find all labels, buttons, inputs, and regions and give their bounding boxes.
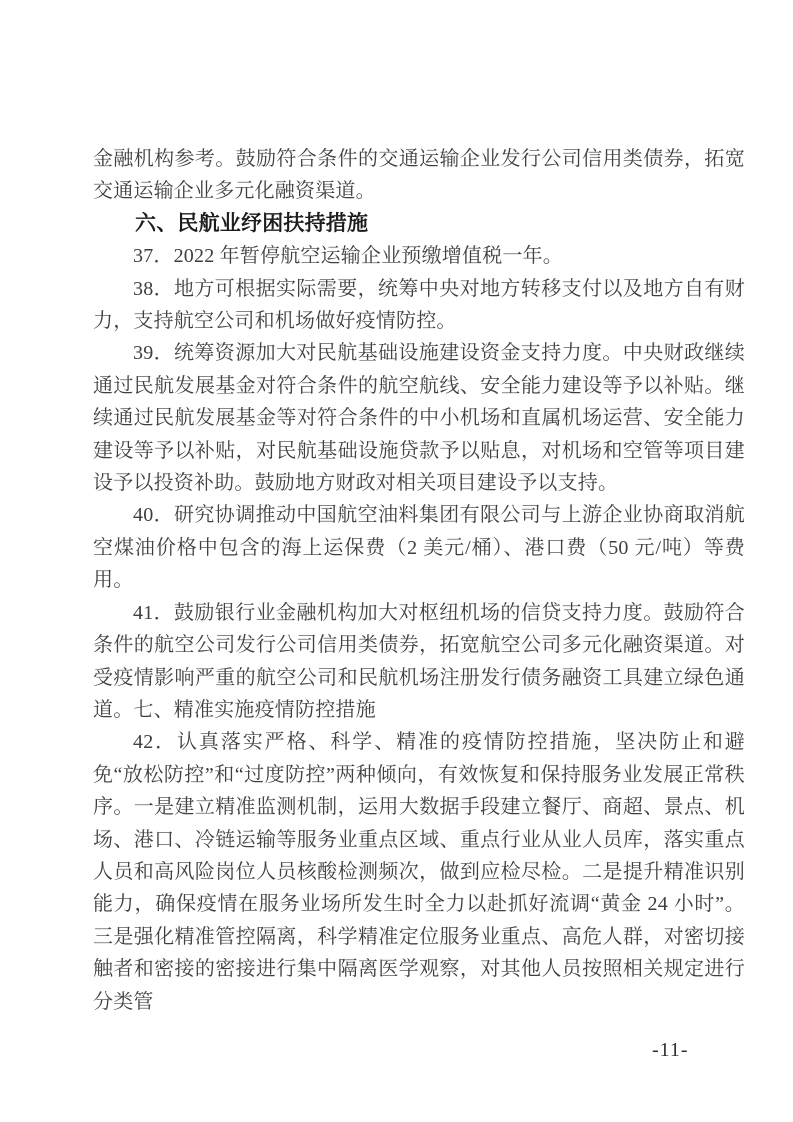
paragraph-item-39: 39．统筹资源加大对民航基础设施建设资金支持力度。中央财政继续通过民航发展基金对… <box>93 337 745 499</box>
paragraph-item-37: 37．2022 年暂停航空运输企业预缴增值税一年。 <box>93 240 745 272</box>
paragraph-continuation: 金融机构参考。鼓励符合条件的交通运输企业发行公司信用类债券，拓宽交通运输企业多元… <box>93 143 745 208</box>
document-body: 金融机构参考。鼓励符合条件的交通运输企业发行公司信用类债券，拓宽交通运输企业多元… <box>93 143 745 1018</box>
paragraph-item-38: 38．地方可根据实际需要，统筹中央对地方转移支付以及地方自有财力，支持航空公司和… <box>93 273 745 338</box>
document-page: 金融机构参考。鼓励符合条件的交通运输企业发行公司信用类债券，拓宽交通运输企业多元… <box>0 0 793 1122</box>
page-number: -11- <box>652 1038 689 1062</box>
section-heading-six: 六、民航业纾困扶持措施 <box>93 208 745 240</box>
paragraph-item-40: 40．研究协调推动中国航空油料集团有限公司与上游企业协商取消航空煤油价格中包含的… <box>93 499 745 596</box>
paragraph-item-41: 41．鼓励银行业金融机构加大对枢纽机场的信贷支持力度。鼓励符合条件的航空公司发行… <box>93 597 745 727</box>
paragraph-item-42: 42．认真落实严格、科学、精准的疫情防控措施，坚决防止和避免“放松防控”和“过度… <box>93 726 745 1018</box>
